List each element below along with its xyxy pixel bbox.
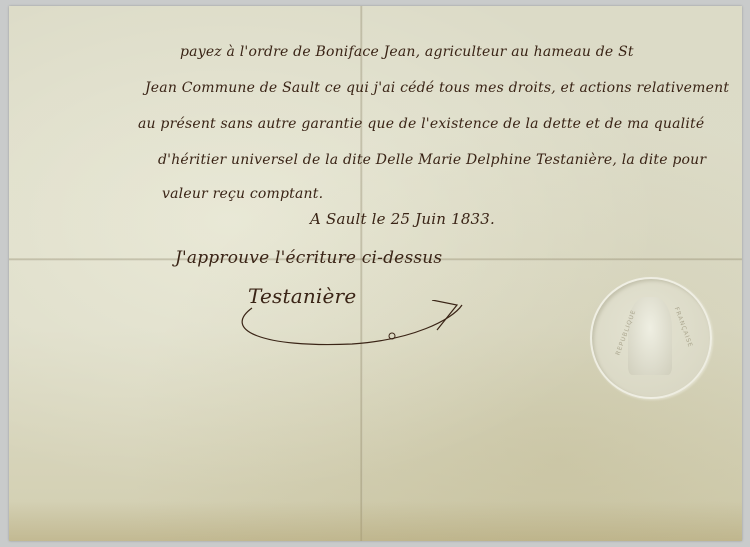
body-line-3: au présent sans autre garantie que de l'… xyxy=(138,116,704,132)
place-and-date: A Sault le 25 Juin 1833. xyxy=(310,210,495,228)
body-line-2: Jean Commune de Sault ce qui j'ai cédé t… xyxy=(145,80,729,96)
seal-seated-figure-icon xyxy=(628,297,672,375)
body-line-4: d'héritier universel de la dite Delle Ma… xyxy=(158,152,706,168)
approval-statement: J'approuve l'écriture ci-dessus xyxy=(175,248,442,268)
embossed-seal: REPUBLIQUE FRANÇAISE xyxy=(590,277,712,399)
bottom-edge-stain xyxy=(9,501,742,541)
body-line-1: payez à l'ordre de Boniface Jean, agricu… xyxy=(180,44,634,60)
body-line-5: valeur reçu comptant. xyxy=(162,186,323,202)
signature-flourish-icon xyxy=(232,300,472,350)
seal-text-right: FRANÇAISE xyxy=(673,306,694,348)
